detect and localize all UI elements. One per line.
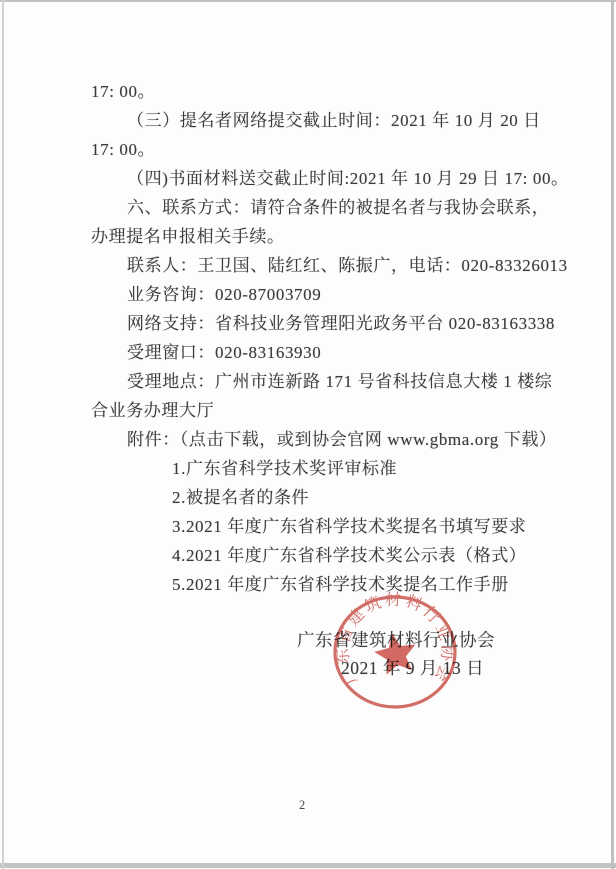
attachment-item: 1.广东省科学技术奖评审标准 [0,454,616,483]
page-border-top [0,0,616,2]
doc-line-contact: 受理窗口：020-83163930 [0,338,616,367]
doc-line: 六、联系方式：请符合条件的被提名者与我协会联系， [0,193,616,222]
doc-line-contact: 联系人：王卫国、陆红红、陈振广，电话：020-83326013 [0,251,616,280]
doc-line-contact: 业务咨询：020-87003709 [0,280,616,309]
star-icon [372,630,420,676]
document-text: 17: 00。 （三）提名者网络提交截止时间：2021 年 10 月 20 日 … [0,77,616,599]
doc-line: 17: 00。 [0,135,616,164]
doc-line-contact: 网络支持：省科技业务管理阳光政务平台 020-83163338 [0,309,616,338]
doc-line: 17: 00。 [0,77,616,106]
doc-line-address: 受理地点：广州市连新路 171 号省科技信息大楼 1 楼综 [0,367,616,396]
doc-line: 办理提名申报相关手续。 [0,222,616,251]
doc-line-attachments-header: 附件：（点击下载，或到协会官网 www.gbma.org 下载） [0,425,616,454]
doc-line: （四)书面材料送交截止时间:2021 年 10 月 29 日 17: 00。 [0,164,616,193]
page-border-bottom [0,863,616,868]
document-page: 17: 00。 （三）提名者网络提交截止时间：2021 年 10 月 20 日 … [0,0,616,869]
page-number: 2 [299,798,305,813]
attachment-item: 3.2021 年度广东省科学技术奖提名书填写要求 [0,512,616,541]
official-seal-stamp: 广东省建筑材料行业协会 [325,587,465,717]
attachment-item: 2.被提名者的条件 [0,483,616,512]
doc-line-address: 合业务办理大厅 [0,396,616,425]
attachment-item: 4.2021 年度广东省科学技术奖公示表（格式） [0,541,616,570]
doc-line: （三）提名者网络提交截止时间：2021 年 10 月 20 日 [0,106,616,135]
attachment-item: 5.2021 年度广东省科学技术奖提名工作手册 [0,570,616,599]
